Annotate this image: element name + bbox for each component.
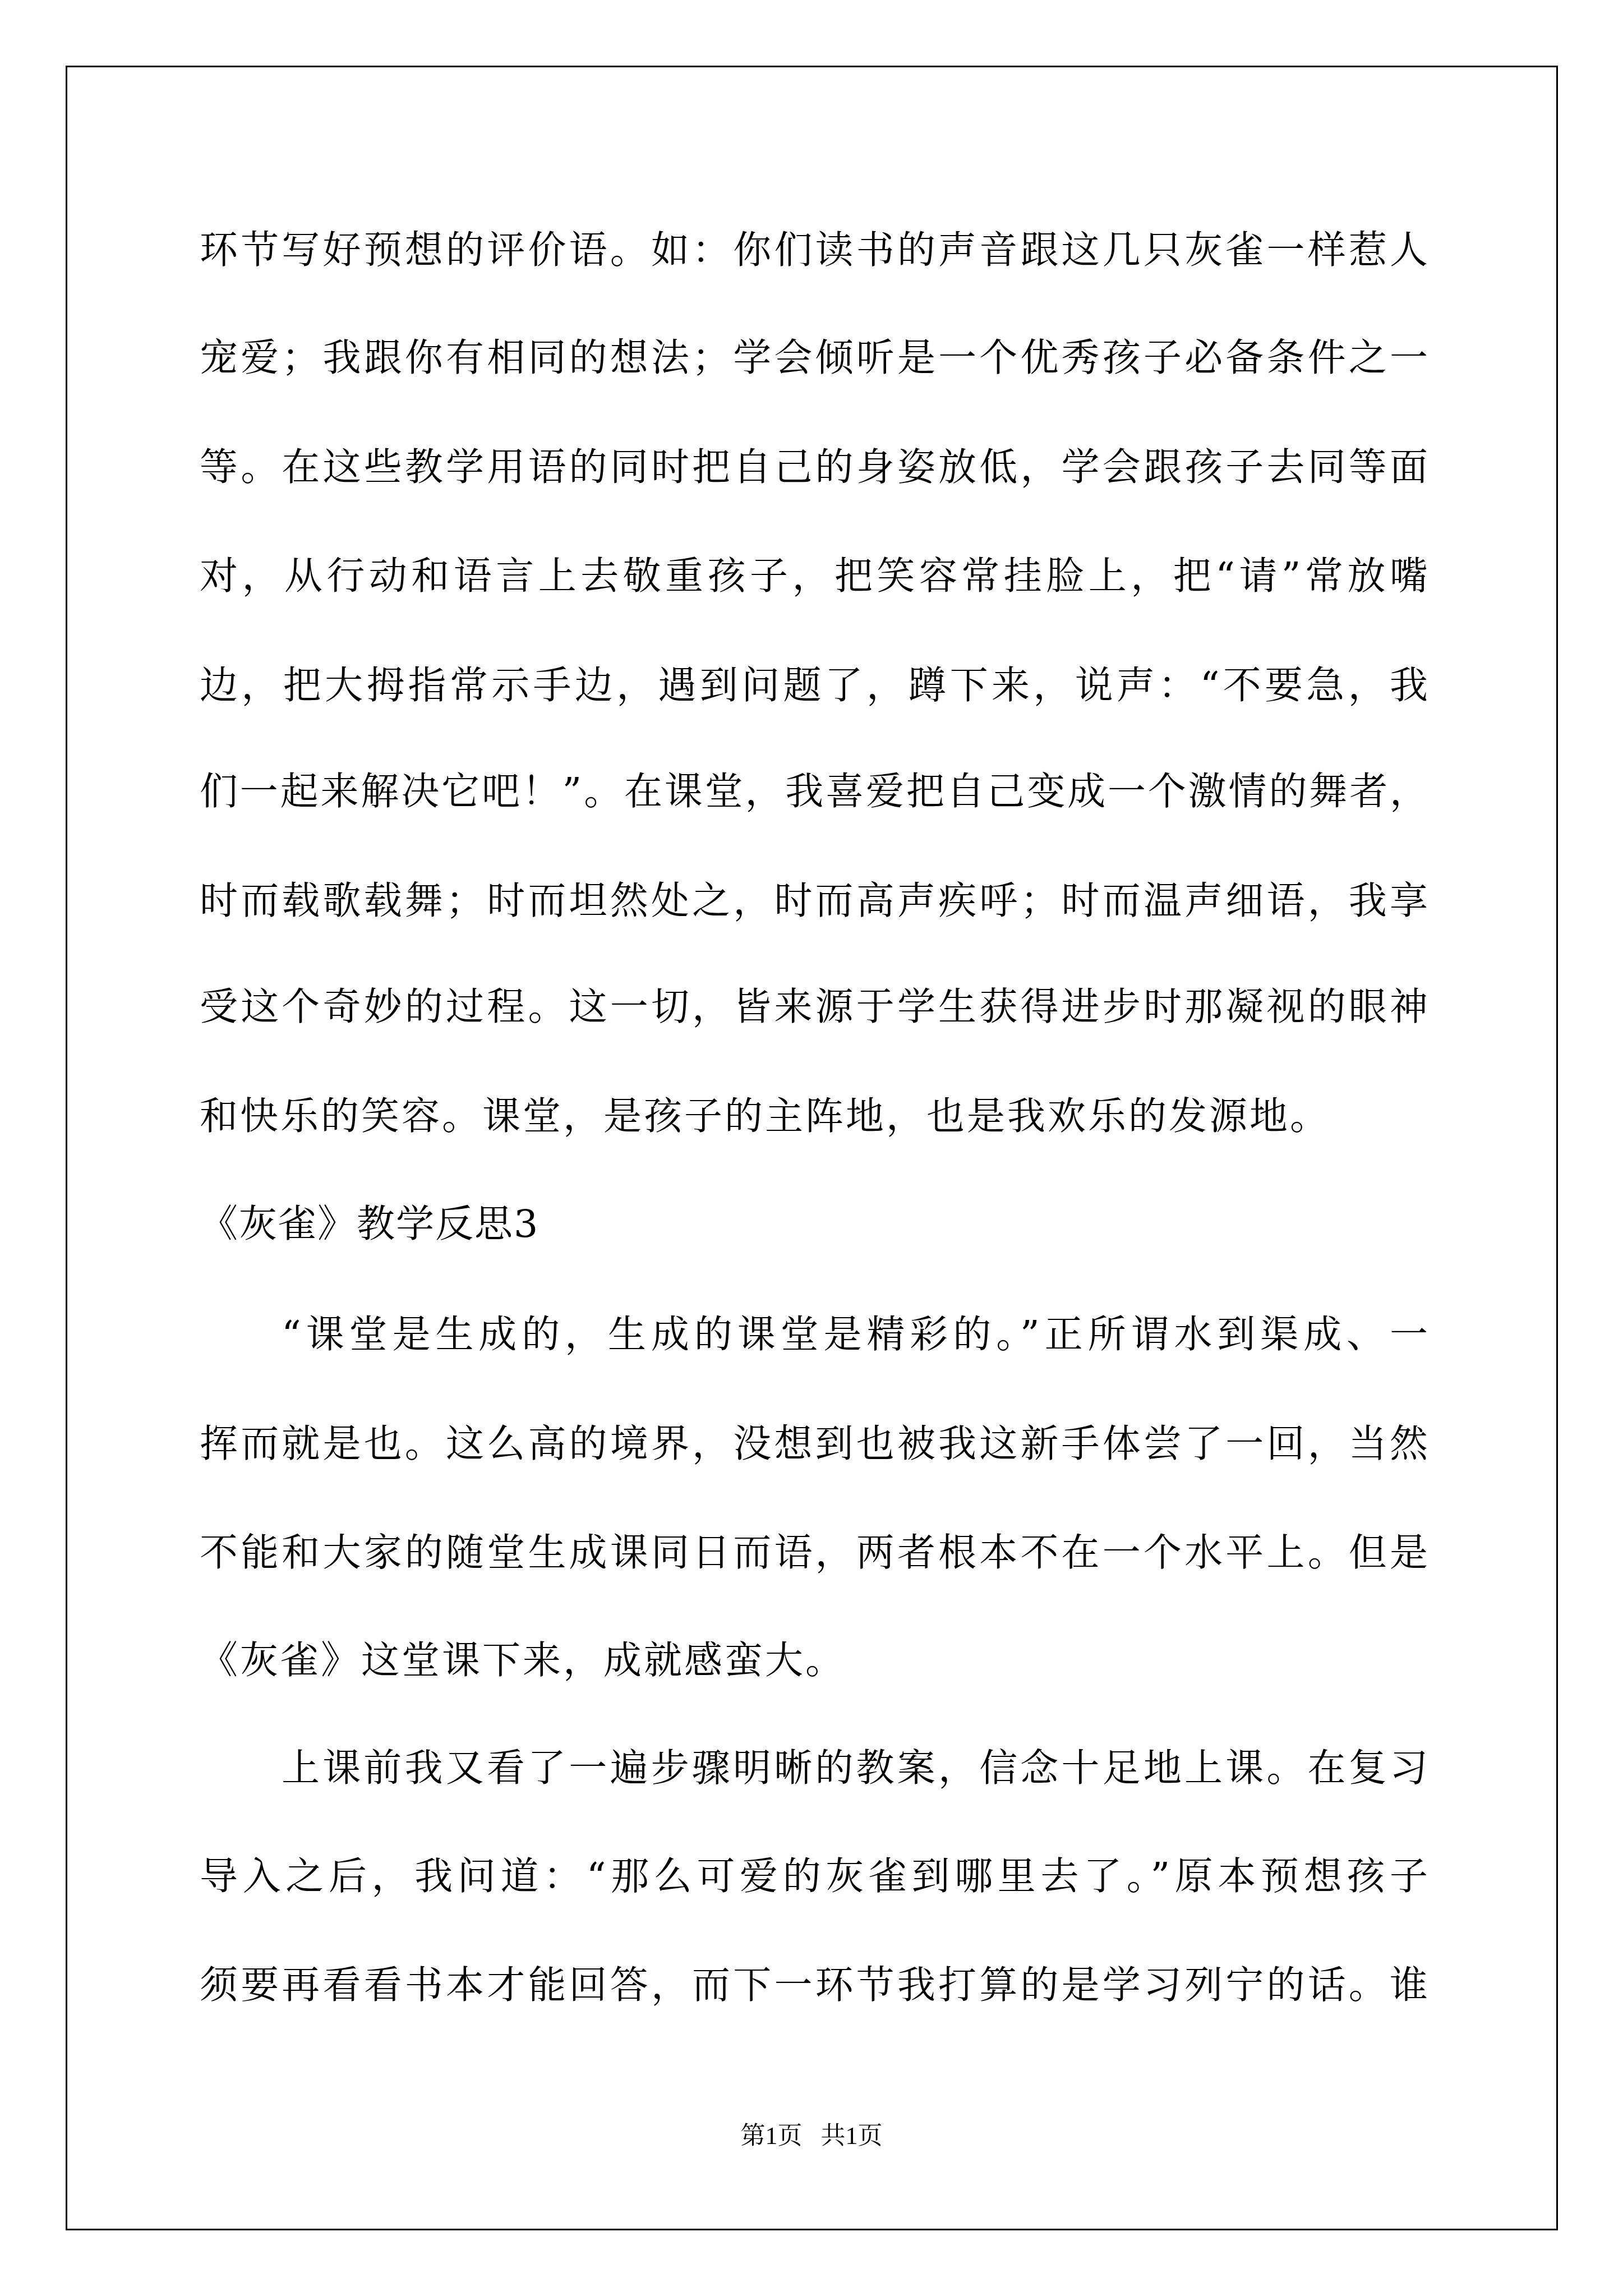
text-line: 等。在这些教学用语的同时把自己的身姿放低，学会跟孩子去同等面 <box>200 445 1428 490</box>
text-line: 须要再看看书本才能回答，而下一环节我打算的是学习列宁的话。谁 <box>200 1963 1428 2008</box>
text-line: 受这个奇妙的过程。这一切，皆来源于学生获得进步时那凝视的眼神 <box>200 985 1428 1030</box>
text-line: 时而载歌载舞；时而坦然处之，时而高声疾呼；时而温声细语，我享 <box>200 879 1428 924</box>
text-line: 挥而就是也。这么高的境界，没想到也被我这新手体尝了一回，当然 <box>200 1422 1428 1467</box>
text-line: 不能和大家的随堂生成课同日而语，两者根本不在一个水平上。但是 <box>200 1531 1428 1576</box>
page-border <box>66 66 1558 2230</box>
page-footer: 第1页 共1页 <box>0 2119 1623 2153</box>
section-heading: 《灰雀》教学反思3 <box>200 1202 1428 1247</box>
text-line: 《灰雀》这堂课下来，成就感蛮大。 <box>200 1639 1428 1683</box>
text-line: 导入之后，我问道：“那么可爱的灰雀到哪里去了。”原本预想孩子 <box>200 1855 1428 1899</box>
text-line: 宠爱；我跟你有相同的想法；学会倾听是一个优秀孩子必备条件之一 <box>200 336 1428 381</box>
text-line: 对，从行动和语言上去敬重孩子，把笑容常挂脸上，把“请”常放嘴 <box>200 554 1428 599</box>
text-line: 和快乐的笑容。课堂，是孩子的主阵地，也是我欢乐的发源地。 <box>200 1094 1428 1139</box>
text-line: 边，把大拇指常示手边，遇到问题了，蹲下来，说声：“不要急，我 <box>200 664 1428 708</box>
text-line: 上课前我又看了一遍步骤明晰的教案，信念十足地上课。在复习 <box>200 1746 1428 1791</box>
text-line: 们一起来解决它吧！”。在课堂，我喜爱把自己变成一个激情的舞者， <box>200 770 1428 815</box>
text-line: “课堂是生成的，生成的课堂是精彩的。”正所谓水到渠成、一 <box>200 1313 1428 1358</box>
text-line: 环节写好预想的评价语。如：你们读书的声音跟这几只灰雀一样惹人 <box>200 228 1428 273</box>
